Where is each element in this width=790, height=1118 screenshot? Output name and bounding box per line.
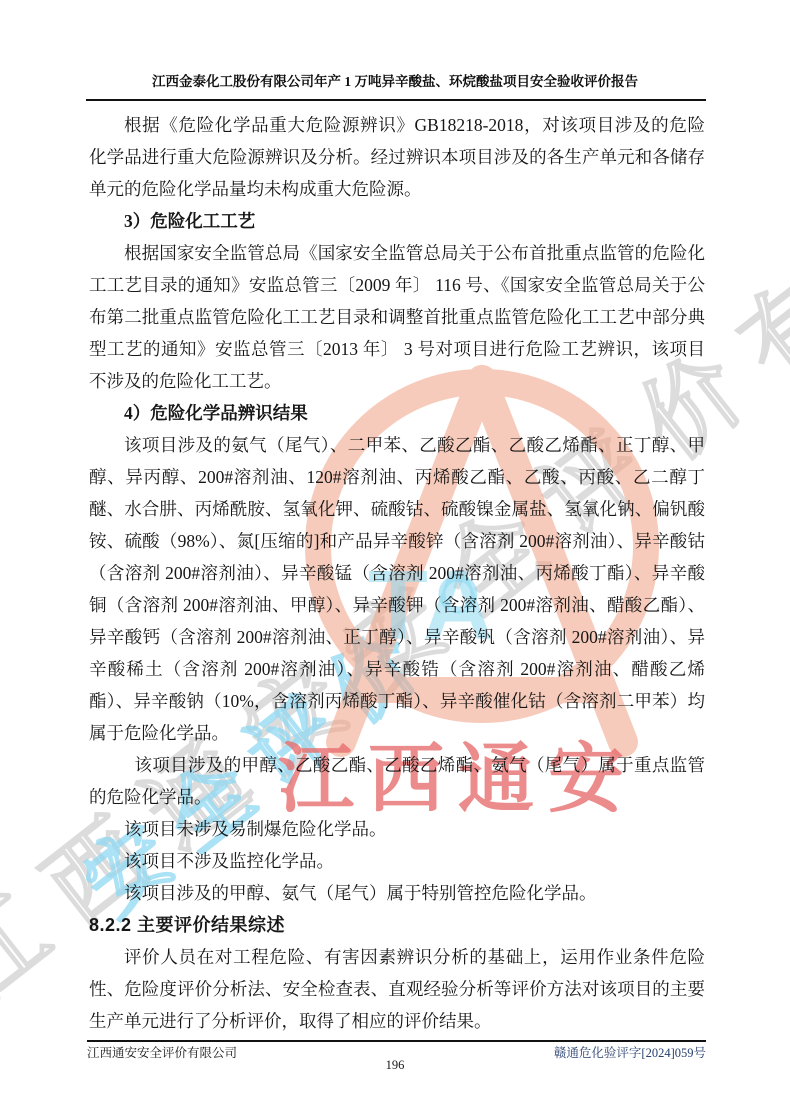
paragraph-key-supervised-chemicals: 该项目涉及的甲醇、乙酸乙酯、乙酸乙烯酯、氨气（尾气）属于重点监管的危险化学品。	[89, 749, 705, 813]
paragraph-no-monitored-chemicals: 该项目不涉及监控化学品。	[89, 845, 705, 877]
paragraph-no-explosive-precursor: 该项目未涉及易制爆危险化学品。	[89, 813, 705, 845]
paragraph-major-hazard-identification: 根据《危险化学品重大危险源辨识》GB18218-2018，对该项目涉及的危险化学…	[89, 109, 705, 205]
heading-hazardous-process: 3）危险化工工艺	[89, 205, 705, 237]
footer-rule	[87, 1040, 706, 1042]
page-number: 196	[0, 1058, 790, 1073]
paragraph-hazardous-chemicals-list: 该项目涉及的氨气（尾气）、二甲苯、乙酸乙酯、乙酸乙烯酯、正丁醇、甲醇、异丙醇、2…	[89, 429, 705, 749]
paragraph-evaluation-summary: 评价人员在对工程危险、有害因素辨识分析的基础上，运用作业条件危险性、危险度评价分…	[89, 941, 705, 1037]
heading-hazardous-chemicals-result: 4）危险化学品辨识结果	[89, 397, 705, 429]
header-rule	[86, 99, 706, 101]
document-body: 根据《危险化学品重大危险源辨识》GB18218-2018，对该项目涉及的危险化学…	[89, 109, 705, 1037]
document-page: 江西通安安全评价有限公司 安全评价 TA 江西通安 江西金泰化工股份有限公司年产…	[0, 0, 790, 1118]
paragraph-special-control-chemicals: 该项目涉及的甲醇、氨气（尾气）属于特别管控危险化学品。	[89, 877, 705, 909]
heading-8-2-2-main-results: 8.2.2 主要评价结果综述	[89, 909, 705, 941]
report-header-title: 江西金泰化工股份有限公司年产 1 万吨异辛酸盐、环烷酸盐项目安全验收评价报告	[60, 70, 730, 90]
paragraph-hazardous-process: 根据国家安全监管总局《国家安全监管总局关于公布首批重点监管的危险化工工艺目录的通…	[89, 237, 705, 397]
